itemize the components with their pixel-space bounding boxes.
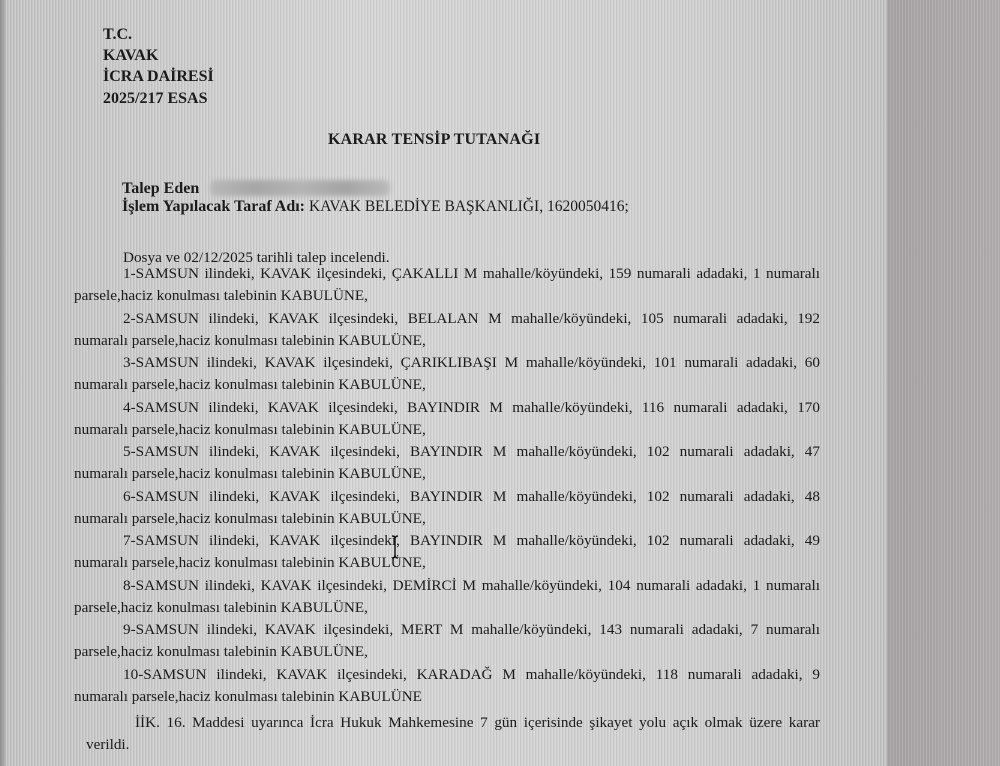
decision-item-line-1: 4-SAMSUN ilindeki, KAVAK ilçesindeki, BA… (123, 398, 820, 418)
decision-item-line-2: numaralı parsele,haciz konulması talebin… (74, 687, 422, 707)
decision-item-line-1: 9-SAMSUN ilindeki, KAVAK ilçesindeki, ME… (123, 620, 820, 640)
document-title: KARAR TENSİP TUTANAĞI (328, 131, 540, 149)
requester-redacted-value (210, 180, 390, 196)
header-tc: T.C. (103, 24, 132, 45)
decision-item-line-1: 6-SAMSUN ilindeki, KAVAK ilçesindeki, BA… (123, 487, 820, 507)
target-party-row: İşlem Yapılacak Taraf Adı: KAVAK BELEDİY… (122, 198, 629, 216)
decision-item-line-2: parsele,haciz konulması talebinin KABULÜ… (74, 642, 368, 662)
viewer-background (887, 0, 1000, 766)
target-party-label: İşlem Yapılacak Taraf Adı: (122, 198, 305, 215)
decision-item-line-1: 8-SAMSUN ilindeki, KAVAK ilçesindeki, DE… (123, 576, 820, 596)
decision-item-line-2: parsele,haciz konulması talebinin KABULÜ… (74, 286, 368, 306)
header-office: İCRA DAİRESİ (103, 66, 214, 87)
decision-item-line-2: numaralı parsele,haciz konulması talebin… (74, 420, 426, 440)
decision-item-line-2: numaralı parsele,haciz konulması talebin… (74, 553, 426, 573)
decision-item-line-2: numaralı parsele,haciz konulması talebin… (74, 509, 426, 529)
decision-item-line-2: parsele,haciz konulması talebinin KABULÜ… (74, 598, 368, 618)
closing-line-1: İİK. 16. Maddesi uyarınca İcra Hukuk Mah… (135, 713, 820, 733)
requester-label: Talep Eden (122, 180, 199, 198)
decision-item-line-1: 10-SAMSUN ilindeki, KAVAK ilçesindeki, K… (123, 665, 820, 685)
header-case-number: 2025/217 ESAS (103, 88, 207, 109)
decision-item-line-1: 3-SAMSUN ilindeki, KAVAK ilçesindeki, ÇA… (123, 353, 820, 373)
decision-item-line-2: numaralı parsele,haciz konulması talebin… (74, 375, 426, 395)
decision-item-line-2: numaralı parsele,haciz konulması talebin… (74, 464, 426, 484)
decision-item-line-1: 5-SAMSUN ilindeki, KAVAK ilçesindeki, BA… (123, 442, 820, 462)
closing-line-2: verildi. (86, 735, 129, 755)
target-party-value: KAVAK BELEDİYE BAŞKANLIĞI, 1620050416; (309, 198, 629, 215)
decision-item-line-1: 1-SAMSUN ilindeki, KAVAK ilçesindeki, ÇA… (123, 264, 820, 284)
decision-item-line-1: 2-SAMSUN ilindeki, KAVAK ilçesindeki, BE… (123, 309, 820, 329)
text-cursor-icon (390, 534, 400, 560)
decision-item-line-1: 7-SAMSUN ilindeki, KAVAK ilçesindeki, BA… (123, 531, 820, 551)
header-city: KAVAK (103, 45, 158, 66)
decision-item-line-2: numaralı parsele,haciz konulması talebin… (74, 331, 426, 351)
